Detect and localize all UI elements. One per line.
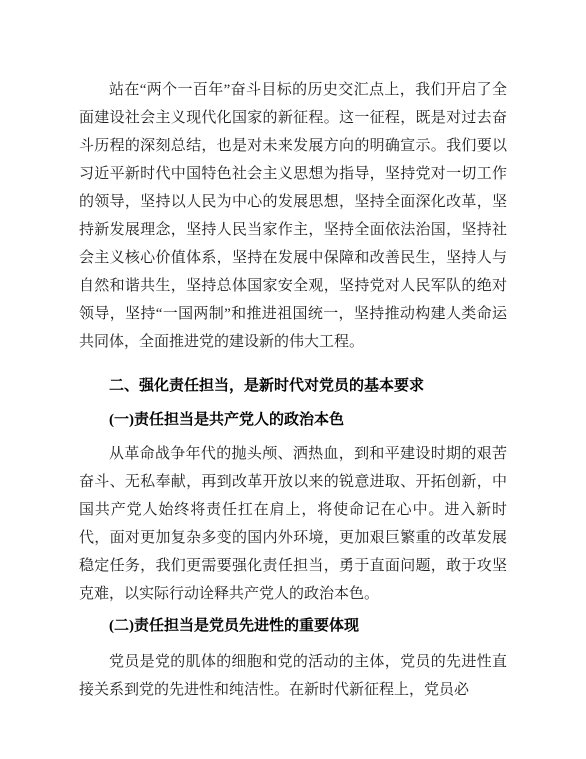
section-heading: 二、强化责任担当，是新时代对党员的基本要求 (79, 372, 507, 400)
subsection-heading-2: (二)责任担当是党员先进性的重要体现 (79, 612, 507, 640)
subsection-heading-1: (一)责任担当是共产党人的政治本色 (79, 406, 507, 434)
body-paragraph-1: 从革命战争年代的抛头颅、洒热血，到和平建设时期的艰苦奋斗、无私奉献，再到改革开放… (79, 440, 507, 608)
document-page: 站在“两个一百年”奋斗目标的历史交汇点上，我们开启了全面建设社会主义现代化国家的… (0, 0, 586, 759)
body-paragraph-2: 党员是党的肌体的细胞和党的活动的主体，党员的先进性直接关系到党的先进性和纯洁性。… (79, 648, 507, 704)
opening-paragraph: 站在“两个一百年”奋斗目标的历史交汇点上，我们开启了全面建设社会主义现代化国家的… (79, 76, 507, 356)
